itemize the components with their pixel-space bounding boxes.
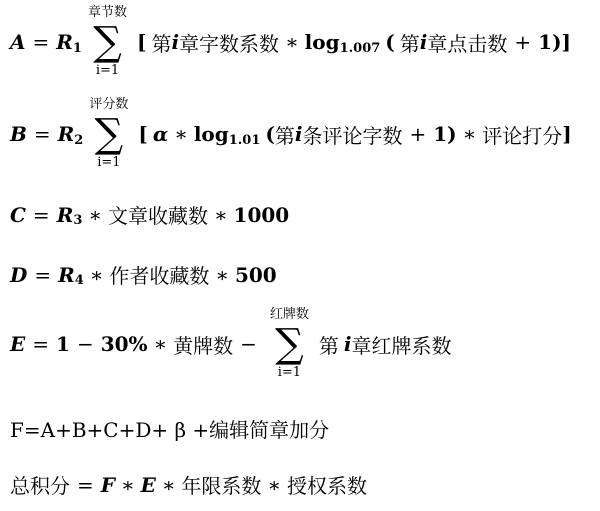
var-e: E: [141, 473, 156, 497]
text: 条评论字数: [302, 120, 402, 149]
alpha: α: [153, 122, 168, 146]
open-bracket: [: [137, 30, 146, 54]
var-a: A: [10, 30, 26, 54]
formula-a: A = R1 章节数 ∑ i=1 [ 第i章字数系数 ∗ log1.007 ( …: [10, 4, 571, 80]
open-bracket: [: [138, 122, 147, 146]
text: 授权系数: [287, 470, 367, 499]
text: 第: [275, 120, 295, 149]
text: 章红牌系数: [352, 330, 452, 359]
text: 第: [319, 330, 339, 359]
paren: (: [265, 122, 274, 146]
equals: =: [34, 122, 51, 146]
times: ∗: [463, 122, 477, 146]
paren: ): [447, 122, 456, 146]
equals: =: [34, 263, 51, 287]
subscript: 1: [73, 41, 82, 56]
var-r: R: [58, 263, 75, 287]
minus: −: [77, 332, 94, 356]
formula-f-text: F=A+B+C+D+ β +编辑简章加分: [10, 414, 329, 443]
times: ∗: [88, 203, 102, 227]
close-bracket: ]: [562, 122, 571, 146]
formula-c: C = R3 ∗ 文章收藏数 ∗ 1000: [10, 200, 289, 229]
times: ∗: [267, 473, 281, 497]
summation: 评分数 ∑ i=1: [89, 96, 128, 172]
equals: =: [33, 203, 50, 227]
var-r: R: [57, 203, 74, 227]
index-i: i: [420, 30, 428, 54]
formula-f: F=A+B+C+D+ β +编辑简章加分: [10, 414, 329, 443]
subscript: 4: [75, 273, 84, 288]
var-c: C: [10, 203, 26, 227]
number: 1: [56, 332, 70, 356]
var-f: F: [101, 473, 115, 497]
formula-total: 总积分 = F ∗ E ∗ 年限系数 ∗ 授权系数: [10, 470, 367, 499]
times: ∗: [154, 332, 168, 356]
sigma-symbol: ∑: [93, 22, 122, 62]
times: ∗: [162, 473, 176, 497]
plus: +: [409, 122, 426, 146]
times: ∗: [174, 122, 188, 146]
equals: =: [32, 332, 49, 356]
log: log: [194, 122, 229, 146]
times: ∗: [215, 263, 229, 287]
var-b: B: [10, 122, 27, 146]
close-bracket: )]: [552, 30, 571, 54]
sum-lower-limit: i=1: [96, 62, 119, 80]
subscript: 3: [73, 213, 82, 228]
times: ∗: [214, 203, 228, 227]
percent: 30%: [101, 332, 148, 356]
var-r: R: [56, 30, 73, 54]
var-r: R: [58, 122, 75, 146]
number: 1: [538, 30, 552, 54]
text: 年限系数: [181, 470, 261, 499]
number: 500: [235, 263, 277, 287]
times: ∗: [285, 30, 299, 54]
index-i: i: [295, 122, 303, 146]
text: 第: [151, 28, 171, 57]
index-i: i: [344, 332, 352, 356]
equals: =: [77, 473, 94, 497]
summation: 章节数 ∑ i=1: [88, 4, 127, 80]
text: 黄牌数: [173, 330, 233, 359]
equals: =: [33, 30, 50, 54]
text: 第: [400, 28, 420, 57]
minus: −: [240, 332, 257, 356]
log: log: [305, 30, 340, 54]
subscript: 2: [74, 133, 83, 148]
total-score-label: 总积分: [10, 470, 70, 499]
text: 章字数系数: [179, 28, 279, 57]
formula-b: B = R2 评分数 ∑ i=1 [ α ∗ log1.01 ( 第i条评论字数…: [10, 96, 572, 172]
times: ∗: [121, 473, 135, 497]
sum-lower-limit: i=1: [97, 154, 120, 172]
number: 1: [433, 122, 447, 146]
log-base: 1.007: [340, 41, 381, 56]
summation: 红牌数 ∑ i=1: [270, 306, 309, 382]
text: 文章收藏数: [108, 200, 208, 229]
text: 评论打分: [482, 120, 562, 149]
sigma-symbol: ∑: [275, 324, 304, 364]
var-d: D: [10, 263, 27, 287]
formula-e: E = 1 − 30% ∗ 黄牌数 − 红牌数 ∑ i=1 第i章红牌系数: [10, 306, 452, 382]
sum-lower-limit: i=1: [278, 364, 301, 382]
sigma-symbol: ∑: [95, 114, 124, 154]
number: 1000: [234, 203, 290, 227]
paren: (: [385, 30, 394, 54]
var-e: E: [10, 332, 25, 356]
formula-d: D = R4 ∗ 作者收藏数 ∗ 500: [10, 260, 277, 289]
text: 作者收藏数: [109, 260, 209, 289]
index-i: i: [171, 30, 179, 54]
text: 章点击数: [427, 28, 507, 57]
plus: +: [514, 30, 531, 54]
times: ∗: [90, 263, 104, 287]
log-base: 1.01: [229, 133, 261, 148]
